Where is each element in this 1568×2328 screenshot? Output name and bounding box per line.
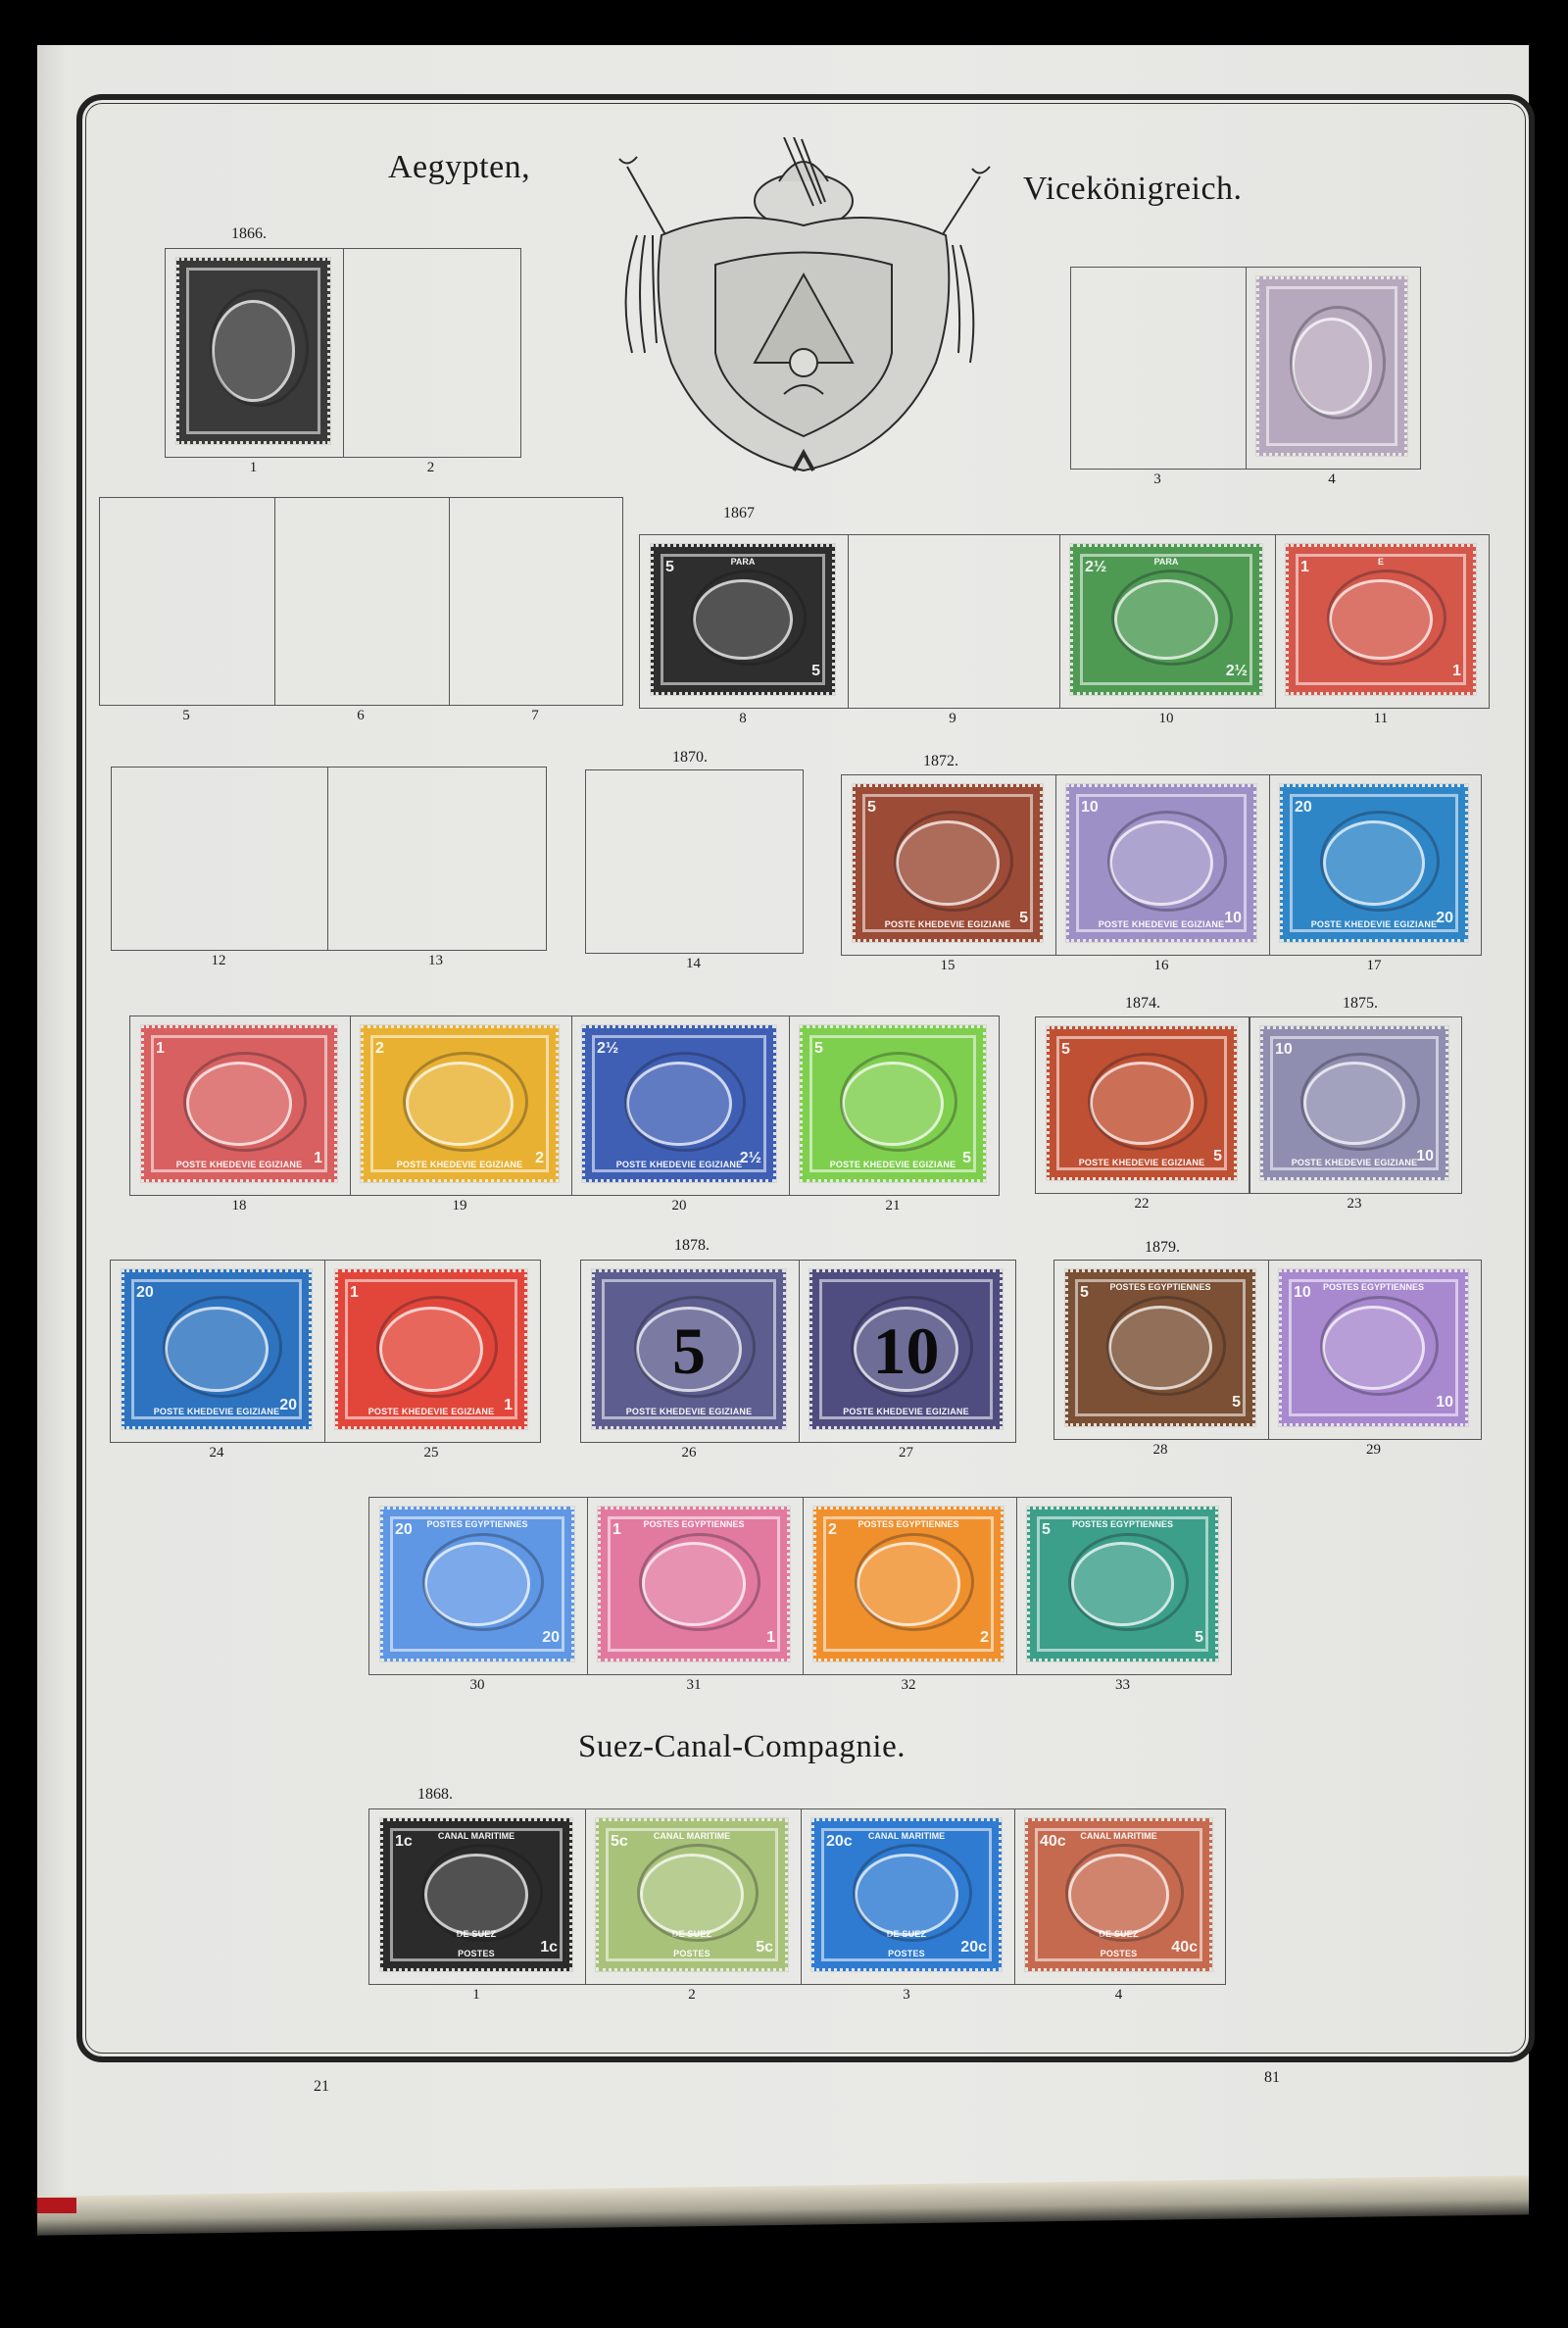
postmark-icon: [1106, 1296, 1226, 1396]
suez-year-label: 1868.: [417, 1786, 453, 1804]
stamp-20[interactable]: 2½2½POSTE KHEDEVIE EGIZIANE: [582, 1025, 776, 1182]
stamp-bottom-legend: POSTE KHEDEVIE EGIZIANE: [613, 1407, 764, 1416]
stamp-24[interactable]: 2020POSTE KHEDEVIE EGIZIANE: [122, 1269, 312, 1429]
stamp-space-6[interactable]: [273, 497, 448, 704]
catalog-number: 1: [457, 1987, 496, 2004]
stamp-denomination: 5: [867, 799, 876, 817]
postmark-icon: [691, 570, 808, 666]
stamp-15[interactable]: 55POSTE KHEDEVIE EGIZIANE: [853, 784, 1043, 942]
postmark-icon: [855, 1533, 974, 1632]
stamp-top-legend: CANAL MARITIME: [833, 1831, 980, 1841]
stamp-22[interactable]: 55POSTE KHEDEVIE EGIZIANE: [1047, 1026, 1237, 1180]
catalog-number: 24: [197, 1445, 236, 1461]
stamp-top-legend: PARA: [671, 557, 814, 567]
stamp-bottom-legend: POSTE KHEDEVIE EGIZIANE: [143, 1407, 290, 1416]
postmark-icon: [637, 1844, 759, 1942]
catalog-number: 31: [674, 1677, 713, 1694]
stamp-denomination: 20: [1295, 799, 1312, 817]
stamp-2[interactable]: 5c5cCANAL MARITIMEPOSTESDE SUEZ: [596, 1818, 788, 1971]
stamp-space-7[interactable]: [448, 497, 622, 704]
stamp-bottom-legend: POSTE KHEDEVIE EGIZIANE: [1088, 919, 1235, 929]
postmark-icon: [403, 1052, 527, 1152]
catalog-number: 29: [1354, 1442, 1394, 1459]
stamp-bottom-legend: POSTE KHEDEVIE EGIZIANE: [1301, 919, 1447, 929]
stamp-denomination: 2½: [597, 1040, 618, 1058]
postmark-icon: [1290, 306, 1386, 420]
postmark-icon: [894, 811, 1013, 912]
catalog-number: 26: [669, 1445, 709, 1461]
catalog-number: 32: [889, 1677, 928, 1694]
album-cover-edge: [37, 2198, 76, 2213]
stamp-28[interactable]: 55POSTES EGYPTIENNES: [1065, 1269, 1255, 1426]
issue-year-label: 1872.: [923, 753, 958, 770]
stamp-top-legend: POSTES EGYPTIENNES: [835, 1519, 982, 1529]
postmark-icon: [624, 1052, 747, 1152]
catalog-number: 3: [1138, 471, 1177, 488]
stamp-bottom-legend: POSTE KHEDEVIE EGIZIANE: [383, 1160, 537, 1169]
stamp-denomination: 1: [156, 1040, 165, 1058]
stamp-space-2[interactable]: [342, 248, 519, 456]
catalog-number: 3: [887, 1987, 926, 2004]
stamp-bottom-legend: POSTE KHEDEVIE EGIZIANE: [1068, 1158, 1215, 1167]
catalog-number: 20: [660, 1198, 699, 1214]
stamp-33[interactable]: 55POSTES EGYPTIENNES: [1027, 1507, 1218, 1661]
postmark-icon: [1320, 1296, 1440, 1396]
catalog-number: 6: [341, 708, 380, 724]
stamp-top-legend: CANAL MARITIME: [617, 1831, 766, 1841]
catalog-number: 23: [1335, 1196, 1374, 1213]
stamp-denomination: 20: [136, 1284, 154, 1302]
stamp-19[interactable]: 22POSTE KHEDEVIE EGIZIANE: [361, 1025, 559, 1182]
catalog-number: 27: [887, 1445, 926, 1461]
stamp-denomination: 1: [766, 1629, 775, 1647]
issue-year-label: 1878.: [674, 1237, 710, 1255]
catalog-number: 8: [723, 711, 762, 727]
postmark-icon: [853, 1844, 972, 1942]
stamp-denomination: 5: [1195, 1629, 1203, 1647]
stamp-space-12[interactable]: [111, 767, 326, 949]
stamp-space-9[interactable]: [847, 534, 1058, 707]
catalog-number: 7: [515, 708, 555, 724]
stamp-denomination: 2½: [1226, 663, 1248, 680]
stamp-top-legend: E: [1307, 557, 1454, 567]
stamp-space-3[interactable]: [1070, 267, 1245, 468]
stamp-denomination: 20: [542, 1629, 560, 1647]
catalog-number: 10: [1147, 711, 1186, 727]
country-title: Aegypten,: [388, 149, 530, 186]
catalog-number: 28: [1141, 1442, 1180, 1459]
stamp-1[interactable]: [176, 258, 330, 444]
stamp-top-legend: PARA: [1092, 557, 1241, 567]
catalog-number: 33: [1103, 1677, 1143, 1694]
catalog-number: 11: [1361, 711, 1400, 727]
catalog-number: 22: [1122, 1196, 1161, 1213]
stamp-denomination: 10: [1275, 1041, 1293, 1059]
postmark-icon: [1068, 1533, 1189, 1632]
postmark-icon: [183, 1052, 307, 1152]
postmark-icon: [1111, 570, 1233, 666]
stamp-denomination: 5: [1061, 1041, 1070, 1059]
postmark-icon: [1320, 811, 1439, 912]
stamp-bottom-legend: POSTE KHEDEVIE EGIZIANE: [604, 1160, 755, 1169]
stamp-top-legend: CANAL MARITIME: [402, 1831, 551, 1841]
postmark-icon: [376, 1296, 498, 1398]
stamp-27[interactable]: POSTE KHEDEVIE EGIZIANE10: [809, 1269, 1003, 1429]
issue-year-label: 1874.: [1125, 995, 1160, 1013]
stamp-1[interactable]: 1c1cCANAL MARITIMEPOSTESDE SUEZ: [380, 1818, 572, 1971]
postmark-icon: [840, 1052, 957, 1152]
stamp-bottom-legend: POSTES: [617, 1949, 766, 1958]
catalog-number: 19: [440, 1198, 479, 1214]
stamp-denomination: 10: [1081, 799, 1099, 817]
postmark-icon: [421, 1844, 543, 1942]
stamp-18[interactable]: 11POSTE KHEDEVIE EGIZIANE: [141, 1025, 337, 1182]
stamp-bottom-legend: POSTE KHEDEVIE EGIZIANE: [357, 1407, 506, 1416]
stamp-11[interactable]: 11E: [1286, 544, 1476, 695]
catalog-number: 21: [873, 1198, 912, 1214]
stamp-denomination: 1: [350, 1284, 359, 1302]
catalog-number: 18: [220, 1198, 259, 1214]
stamp-denomination: 1: [1452, 663, 1461, 680]
catalog-number: 13: [416, 953, 456, 969]
stamp-17[interactable]: 2020POSTE KHEDEVIE EGIZIANE: [1280, 784, 1468, 942]
stamp-4[interactable]: 40c40cCANAL MARITIMEPOSTESDE SUEZ: [1025, 1818, 1212, 1971]
stamp-25[interactable]: 11POSTE KHEDEVIE EGIZIANE: [335, 1269, 527, 1429]
catalog-number: 17: [1354, 958, 1394, 974]
postmark-icon: [1088, 1053, 1207, 1151]
catalog-number: 2: [412, 460, 451, 476]
suez-section-title: Suez-Canal-Compagnie.: [578, 1729, 906, 1765]
catalog-number: 5: [167, 708, 206, 724]
postmark-icon: [1065, 1844, 1184, 1942]
stamp-3[interactable]: 20c20cCANAL MARITIMEPOSTESDE SUEZ: [811, 1818, 1002, 1971]
stamp-26[interactable]: POSTE KHEDEVIE EGIZIANE5: [592, 1269, 786, 1429]
postmark-icon: [1107, 811, 1227, 912]
stamp-bottom-legend: POSTES: [402, 1949, 551, 1958]
postmark-icon: [1327, 570, 1446, 666]
stamp-top-legend: POSTES EGYPTIENNES: [1087, 1282, 1234, 1292]
stamp-space-5[interactable]: [99, 497, 273, 704]
stamp-30[interactable]: 2020POSTES EGYPTIENNES: [380, 1507, 574, 1661]
stamp-top-legend: POSTES EGYPTIENNES: [402, 1519, 553, 1529]
country-subtitle: Vicekönigreich.: [1023, 171, 1243, 208]
stamp-top-legend: POSTES EGYPTIENNES: [619, 1519, 768, 1529]
postmark-icon: [163, 1296, 282, 1398]
stamp-top-legend: POSTES EGYPTIENNES: [1300, 1282, 1447, 1292]
stamp-denomination: 2: [535, 1150, 544, 1167]
stamp-29[interactable]: 1010POSTES EGYPTIENNES: [1279, 1269, 1468, 1426]
stamp-denomination: 5: [811, 663, 820, 680]
postmark-icon: [210, 289, 308, 407]
stamp-4[interactable]: [1256, 276, 1407, 456]
catalog-number: 25: [412, 1445, 451, 1461]
catalog-number: 12: [199, 953, 238, 969]
stamp-23[interactable]: 1010POSTE KHEDEVIE EGIZIANE: [1260, 1026, 1448, 1180]
catalog-number: 16: [1142, 958, 1181, 974]
stamp-8[interactable]: 55PARA: [651, 544, 835, 695]
stamp-bottom-legend: POSTE KHEDEVIE EGIZIANE: [831, 1407, 981, 1416]
postmark-icon: [422, 1533, 545, 1632]
stamp-bottom-legend: POSTE KHEDEVIE EGIZIANE: [874, 919, 1021, 929]
stamp-top-legend: POSTES EGYPTIENNES: [1049, 1519, 1197, 1529]
stamp-denomination: 5: [1232, 1394, 1241, 1412]
issue-year-label: 1879.: [1145, 1239, 1180, 1257]
catalog-number: 15: [928, 958, 967, 974]
postmark-icon: [1300, 1053, 1419, 1151]
stamp-denomination: 2: [980, 1629, 989, 1647]
stamp-bottom-legend: POSTE KHEDEVIE EGIZIANE: [1282, 1158, 1428, 1167]
catalog-number: 2: [672, 1987, 711, 2004]
stamp-10[interactable]: 2½2½PARA: [1070, 544, 1262, 695]
catalog-number: 30: [458, 1677, 497, 1694]
stamp-denomination: 10: [1436, 1394, 1453, 1412]
catalog-number: 14: [674, 956, 713, 972]
issue-year-label: 1875.: [1343, 995, 1378, 1013]
stamp-21[interactable]: 55POSTE KHEDEVIE EGIZIANE: [800, 1025, 986, 1182]
stamp-space-13[interactable]: [326, 767, 545, 949]
stamp-bottom-legend: POSTE KHEDEVIE EGIZIANE: [820, 1160, 964, 1169]
postmark-icon: [639, 1533, 760, 1632]
postmark-icon: [634, 1296, 757, 1398]
stamp-31[interactable]: 11POSTES EGYPTIENNES: [598, 1507, 790, 1661]
catalog-number: 4: [1100, 1987, 1139, 2004]
stamp-16[interactable]: 1010POSTE KHEDEVIE EGIZIANE: [1066, 784, 1256, 942]
issue-year-label: 1870.: [672, 749, 708, 767]
stamp-bottom-legend: POSTES: [833, 1949, 980, 1958]
issue-year-label: 1867: [723, 505, 755, 522]
stamp-32[interactable]: 22POSTES EGYPTIENNES: [813, 1507, 1004, 1661]
stamp-space-14[interactable]: [585, 769, 802, 952]
catalog-number: 1: [234, 460, 273, 476]
page-number-right: 81: [1264, 2069, 1280, 2087]
page-number-left: 21: [314, 2078, 329, 2096]
issue-year-label: 1866.: [231, 225, 267, 243]
coat-of-arms-icon: [598, 137, 1009, 490]
catalog-number: 4: [1312, 471, 1351, 488]
catalog-number: 9: [933, 711, 972, 727]
stamp-denomination: 5: [814, 1040, 823, 1058]
stamp-denomination: 2: [375, 1040, 384, 1058]
stamp-bottom-legend: POSTES: [1047, 1949, 1192, 1958]
stamp-bottom-legend: POSTE KHEDEVIE EGIZIANE: [163, 1160, 315, 1169]
stamp-top-legend: CANAL MARITIME: [1047, 1831, 1192, 1841]
postmark-icon: [851, 1296, 972, 1398]
